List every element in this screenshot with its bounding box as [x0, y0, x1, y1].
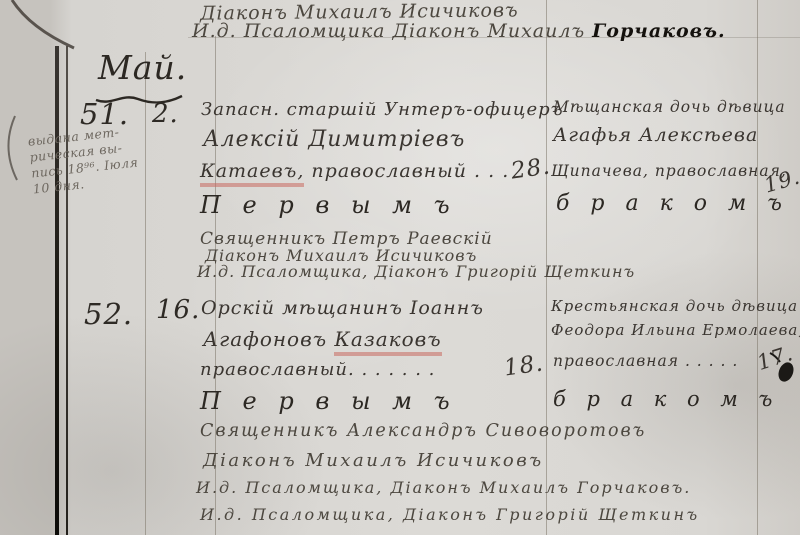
entry-51-bride-line-2: Агафья Алексѣева: [553, 124, 758, 146]
entry-52-bride-line-2: Феодора Ильина Ермолаева,: [551, 321, 800, 339]
entry-52-clergy-line-1: Священникъ Александръ Сивоворотовъ: [200, 421, 646, 441]
entry-52-bride-line-3: православная . . . . .: [553, 352, 738, 370]
entry-52-number: 52.: [84, 297, 133, 331]
entry-51-marriage-word-first: П е р в ы м ъ: [200, 191, 457, 219]
entry-51-groom-age: 28.: [509, 153, 552, 184]
entry-52-bride-line-1: Крестьянская дочь дѣвица: [551, 297, 798, 315]
entry-52-clergy-line-4: И.д. Псаломщика, Діаконъ Григорій Щеткин…: [200, 505, 700, 524]
entry-52-groom-line-1: Орскій мѣщанинъ Іоаннъ: [201, 297, 484, 319]
entry-52-groom-line-2: Агафоновъ Казаковъ: [203, 327, 442, 351]
entry-51-marriage-word-brak: б р а к о м ъ: [556, 191, 789, 216]
entry-52-clergy-line-2: Діаконъ Михаилъ Исичиковъ: [203, 450, 544, 471]
entry-51-bride-line-3: Щипачева, православная,: [551, 162, 787, 180]
entry-52-groom-age: 18.: [502, 350, 545, 381]
entry-51-bride-line-1: Мѣщанская дочь дѣвица: [553, 98, 786, 116]
metric-book-page: Діаконъ Михаилъ Исичиковъ И.д. Псаломщик…: [0, 0, 800, 535]
month-heading: Май.: [98, 48, 187, 87]
entry-52-groom-surname: Казаковъ: [334, 327, 441, 356]
margin-bracket-mark: [8, 116, 17, 180]
entry-52-day: 16.: [156, 295, 200, 325]
header-clergy-line-2: И.д. Псаломщика Діаконъ Михаилъ Горчаков…: [192, 20, 726, 42]
entry-51-groom-line-2: Алексій Димитріевъ: [203, 127, 465, 152]
entry-52-marriage-word-first: П е р в ы м ъ: [200, 387, 457, 415]
entry-52-marriage-word-brak: б р а к о м ъ: [553, 387, 779, 411]
header-clergy-line-2-surname: Горчаковъ.: [592, 20, 725, 42]
entry-51-groom-line-3-rest: православный . . .: [304, 160, 509, 182]
entry-51-groom-surname: Катаевъ,: [200, 160, 304, 187]
entry-52-groom-line-3: православный. . . . . . .: [200, 359, 435, 380]
entry-51-clergy-line-3: И.д. Псаломщика, Діаконъ Григорій Щеткин…: [197, 262, 635, 281]
entry-52-groom-line-2-start: Агафоновъ: [203, 327, 334, 351]
entry-51-groom-line-3: Катаевъ, православный . . .: [200, 160, 509, 182]
entry-51-groom-line-1: Запасн. старшій Унтеръ-офицеръ: [201, 99, 564, 120]
corner-crease-mark: [12, 0, 74, 48]
header-clergy-line-2-text: И.д. Псаломщика Діаконъ Михаилъ: [192, 20, 592, 42]
entry-52-clergy-line-3: И.д. Псаломщика, Діаконъ Михаилъ Горчако…: [196, 478, 691, 497]
